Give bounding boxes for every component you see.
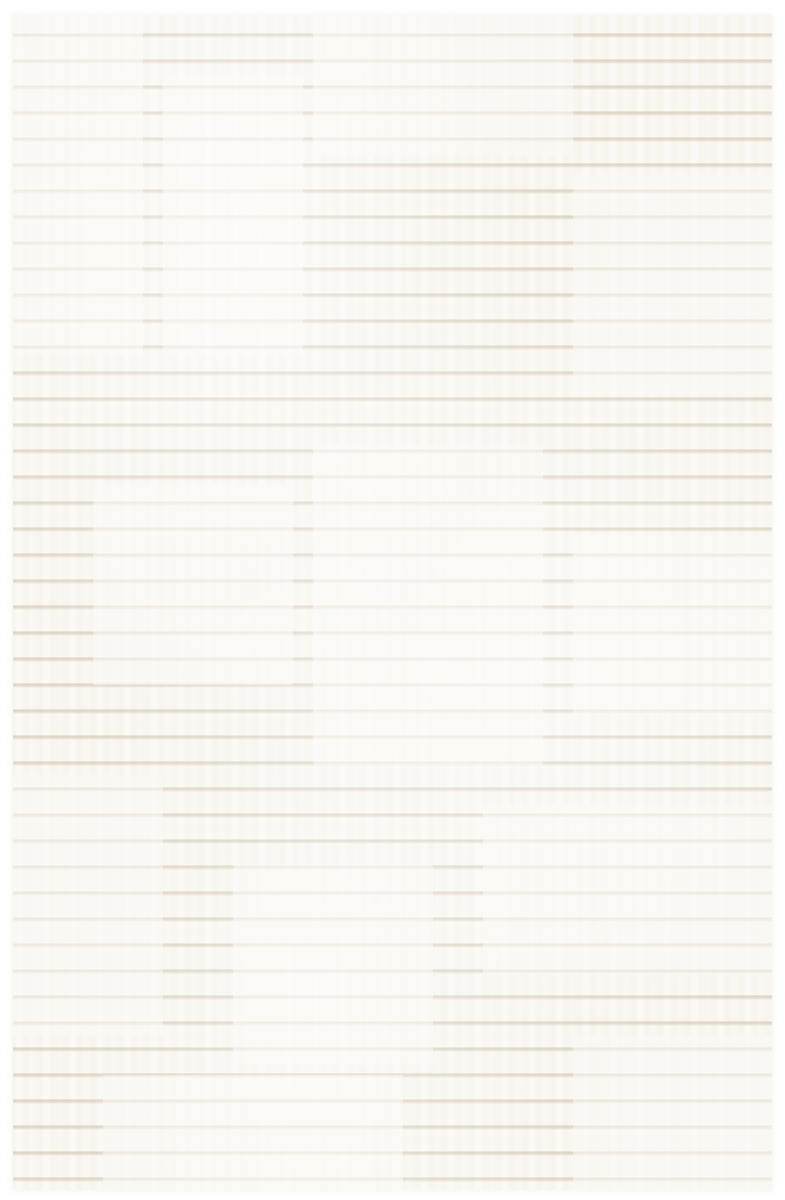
shag-rug — [13, 15, 772, 1190]
rug-pattern-panel — [93, 485, 293, 685]
rug-pattern-panel — [13, 775, 163, 1035]
rug-pattern-panel — [163, 75, 303, 355]
rug-pattern-panel — [573, 535, 772, 715]
rug-pattern-panel — [483, 805, 772, 975]
rug-pattern-panel — [573, 175, 772, 395]
rug-pattern-panel — [103, 1075, 403, 1190]
rug-pattern-panel — [313, 445, 543, 765]
rug-pattern-panel — [13, 15, 143, 355]
product-photo — [0, 0, 785, 1200]
rug-pattern-panel — [573, 1035, 772, 1190]
rug-pattern-panel — [313, 15, 573, 155]
rug-pattern-panel — [233, 865, 433, 1065]
